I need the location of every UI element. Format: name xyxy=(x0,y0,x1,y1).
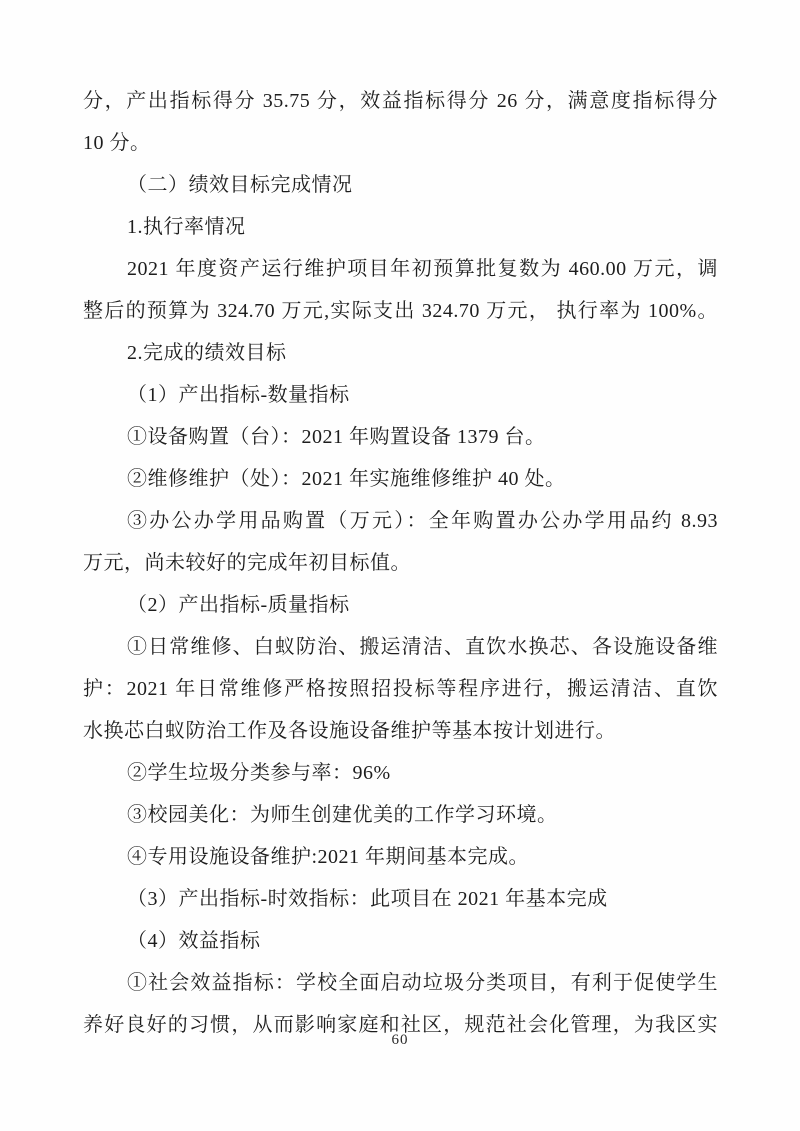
text-line: （4）效益指标 xyxy=(83,920,718,962)
text-line: ②维修维护（处）：2021 年实施维修维护 40 处。 xyxy=(83,458,718,500)
text-line: 2021 年度资产运行维护项目年初预算批复数为 460.00 万元，调 xyxy=(83,248,718,290)
text-line: ④专用设施设备维护:2021 年期间基本完成。 xyxy=(83,836,718,878)
text-line: 万元，尚未较好的完成年初目标值。 xyxy=(83,542,718,584)
document-body: 分，产出指标得分 35.75 分，效益指标得分 26 分，满意度指标得分10 分… xyxy=(83,80,718,1046)
text-line: ①日常维修、白蚁防治、搬运清洁、直饮水换芯、各设施设备维 xyxy=(83,626,718,668)
text-line: （二）绩效目标完成情况 xyxy=(83,164,718,206)
text-line: 2.完成的绩效目标 xyxy=(83,332,718,374)
text-line: ②学生垃圾分类参与率：96% xyxy=(83,752,718,794)
text-line: （3）产出指标-时效指标：此项目在 2021 年基本完成 xyxy=(83,878,718,920)
text-line: ③办公办学用品购置（万元）：全年购置办公办学用品约 8.93 xyxy=(83,500,718,542)
text-line: 1.执行率情况 xyxy=(83,206,718,248)
page-number: 60 xyxy=(0,1032,800,1049)
text-line: ①设备购置（台）：2021 年购置设备 1379 台。 xyxy=(83,416,718,458)
text-line: 整后的预算为 324.70 万元,实际支出 324.70 万元， 执行率为 10… xyxy=(83,290,718,332)
text-line: 护：2021 年日常维修严格按照招投标等程序进行，搬运清洁、直饮 xyxy=(83,668,718,710)
text-line: ③校园美化：为师生创建优美的工作学习环境。 xyxy=(83,794,718,836)
document-page: 分，产出指标得分 35.75 分，效益指标得分 26 分，满意度指标得分10 分… xyxy=(0,0,800,1131)
text-line: 分，产出指标得分 35.75 分，效益指标得分 26 分，满意度指标得分 xyxy=(83,80,718,122)
text-line: 10 分。 xyxy=(83,122,718,164)
text-line: （1）产出指标-数量指标 xyxy=(83,374,718,416)
text-line: ①社会效益指标：学校全面启动垃圾分类项目，有利于促使学生 xyxy=(83,962,718,1004)
text-line: （2）产出指标-质量指标 xyxy=(83,584,718,626)
text-line: 水换芯白蚁防治工作及各设施设备维护等基本按计划进行。 xyxy=(83,710,718,752)
